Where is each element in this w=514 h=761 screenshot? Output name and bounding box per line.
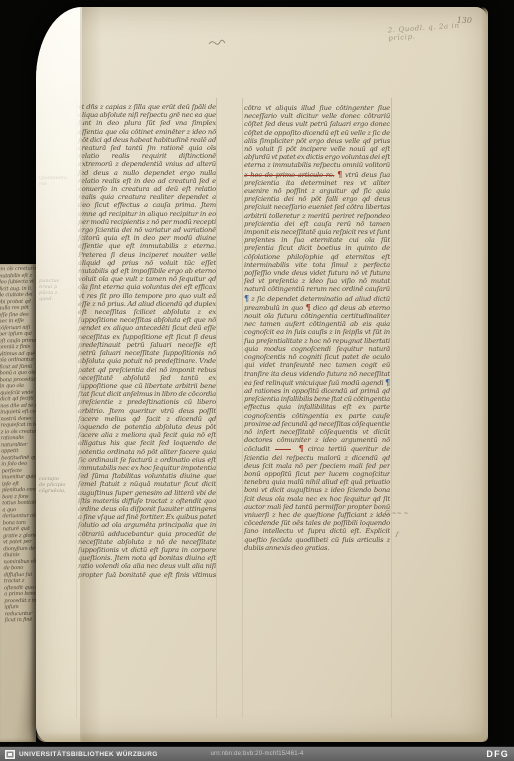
previous-page-text: qm oīs creatura mutabilis eſt z deo ſubi… bbox=[0, 266, 36, 624]
ruling-line bbox=[76, 98, 77, 718]
pilcrow-blue-icon: ¶ bbox=[385, 377, 390, 387]
pilcrow-blue-icon: ¶ bbox=[244, 293, 249, 303]
ruling-line bbox=[391, 98, 392, 718]
dfg-logo: DFG bbox=[486, 749, 509, 759]
margin-note: punctusbreui ppūcta zquod. bbox=[39, 279, 75, 303]
manuscript-page: 130 2. Quodl. q. 2a in prīcip. vt dñs z … bbox=[36, 7, 488, 742]
catchword-mark-icon bbox=[208, 39, 226, 46]
footer-bar: UNIVERSITÄTSBIBLIOTHEK WÜRZBURG urn:nbn:… bbox=[0, 746, 514, 761]
margin-gloss: ſ bbox=[396, 531, 399, 538]
ruling-line bbox=[242, 98, 243, 718]
screenshot-root: qm oīs creatura mutabilis eſt z deo ſubi… bbox=[0, 0, 514, 761]
ruling-line bbox=[216, 98, 217, 718]
margin-note: cōcluſiode pñcipiocōgruēcia, bbox=[39, 477, 75, 495]
margin-gloss: G ~~ ~ bbox=[385, 510, 409, 517]
pilcrow-red-icon: ¶ bbox=[299, 443, 304, 453]
pilcrow-red-icon: ¶ bbox=[306, 302, 311, 312]
margin-note: Quodlibetũ me bbox=[39, 176, 75, 188]
pencil-inscription: 2. Quodl. q. 2a in prīcip. bbox=[388, 20, 489, 43]
urn-identifier: urn:nbn:de:bvb:20-mchf15/461-4 bbox=[0, 751, 514, 757]
text-column-left: vt dñs z capias z ſilla que erūt deū ſpā… bbox=[78, 103, 216, 580]
text-column-right: cōtra vt aliquis illud ſiue cōtingenter … bbox=[244, 104, 390, 581]
pilcrow-red-icon: ¶ bbox=[337, 169, 342, 179]
previous-page-edge: qm oīs creatura mutabilis eſt z deo ſubi… bbox=[0, 264, 36, 742]
red-rule-icon bbox=[275, 449, 291, 451]
